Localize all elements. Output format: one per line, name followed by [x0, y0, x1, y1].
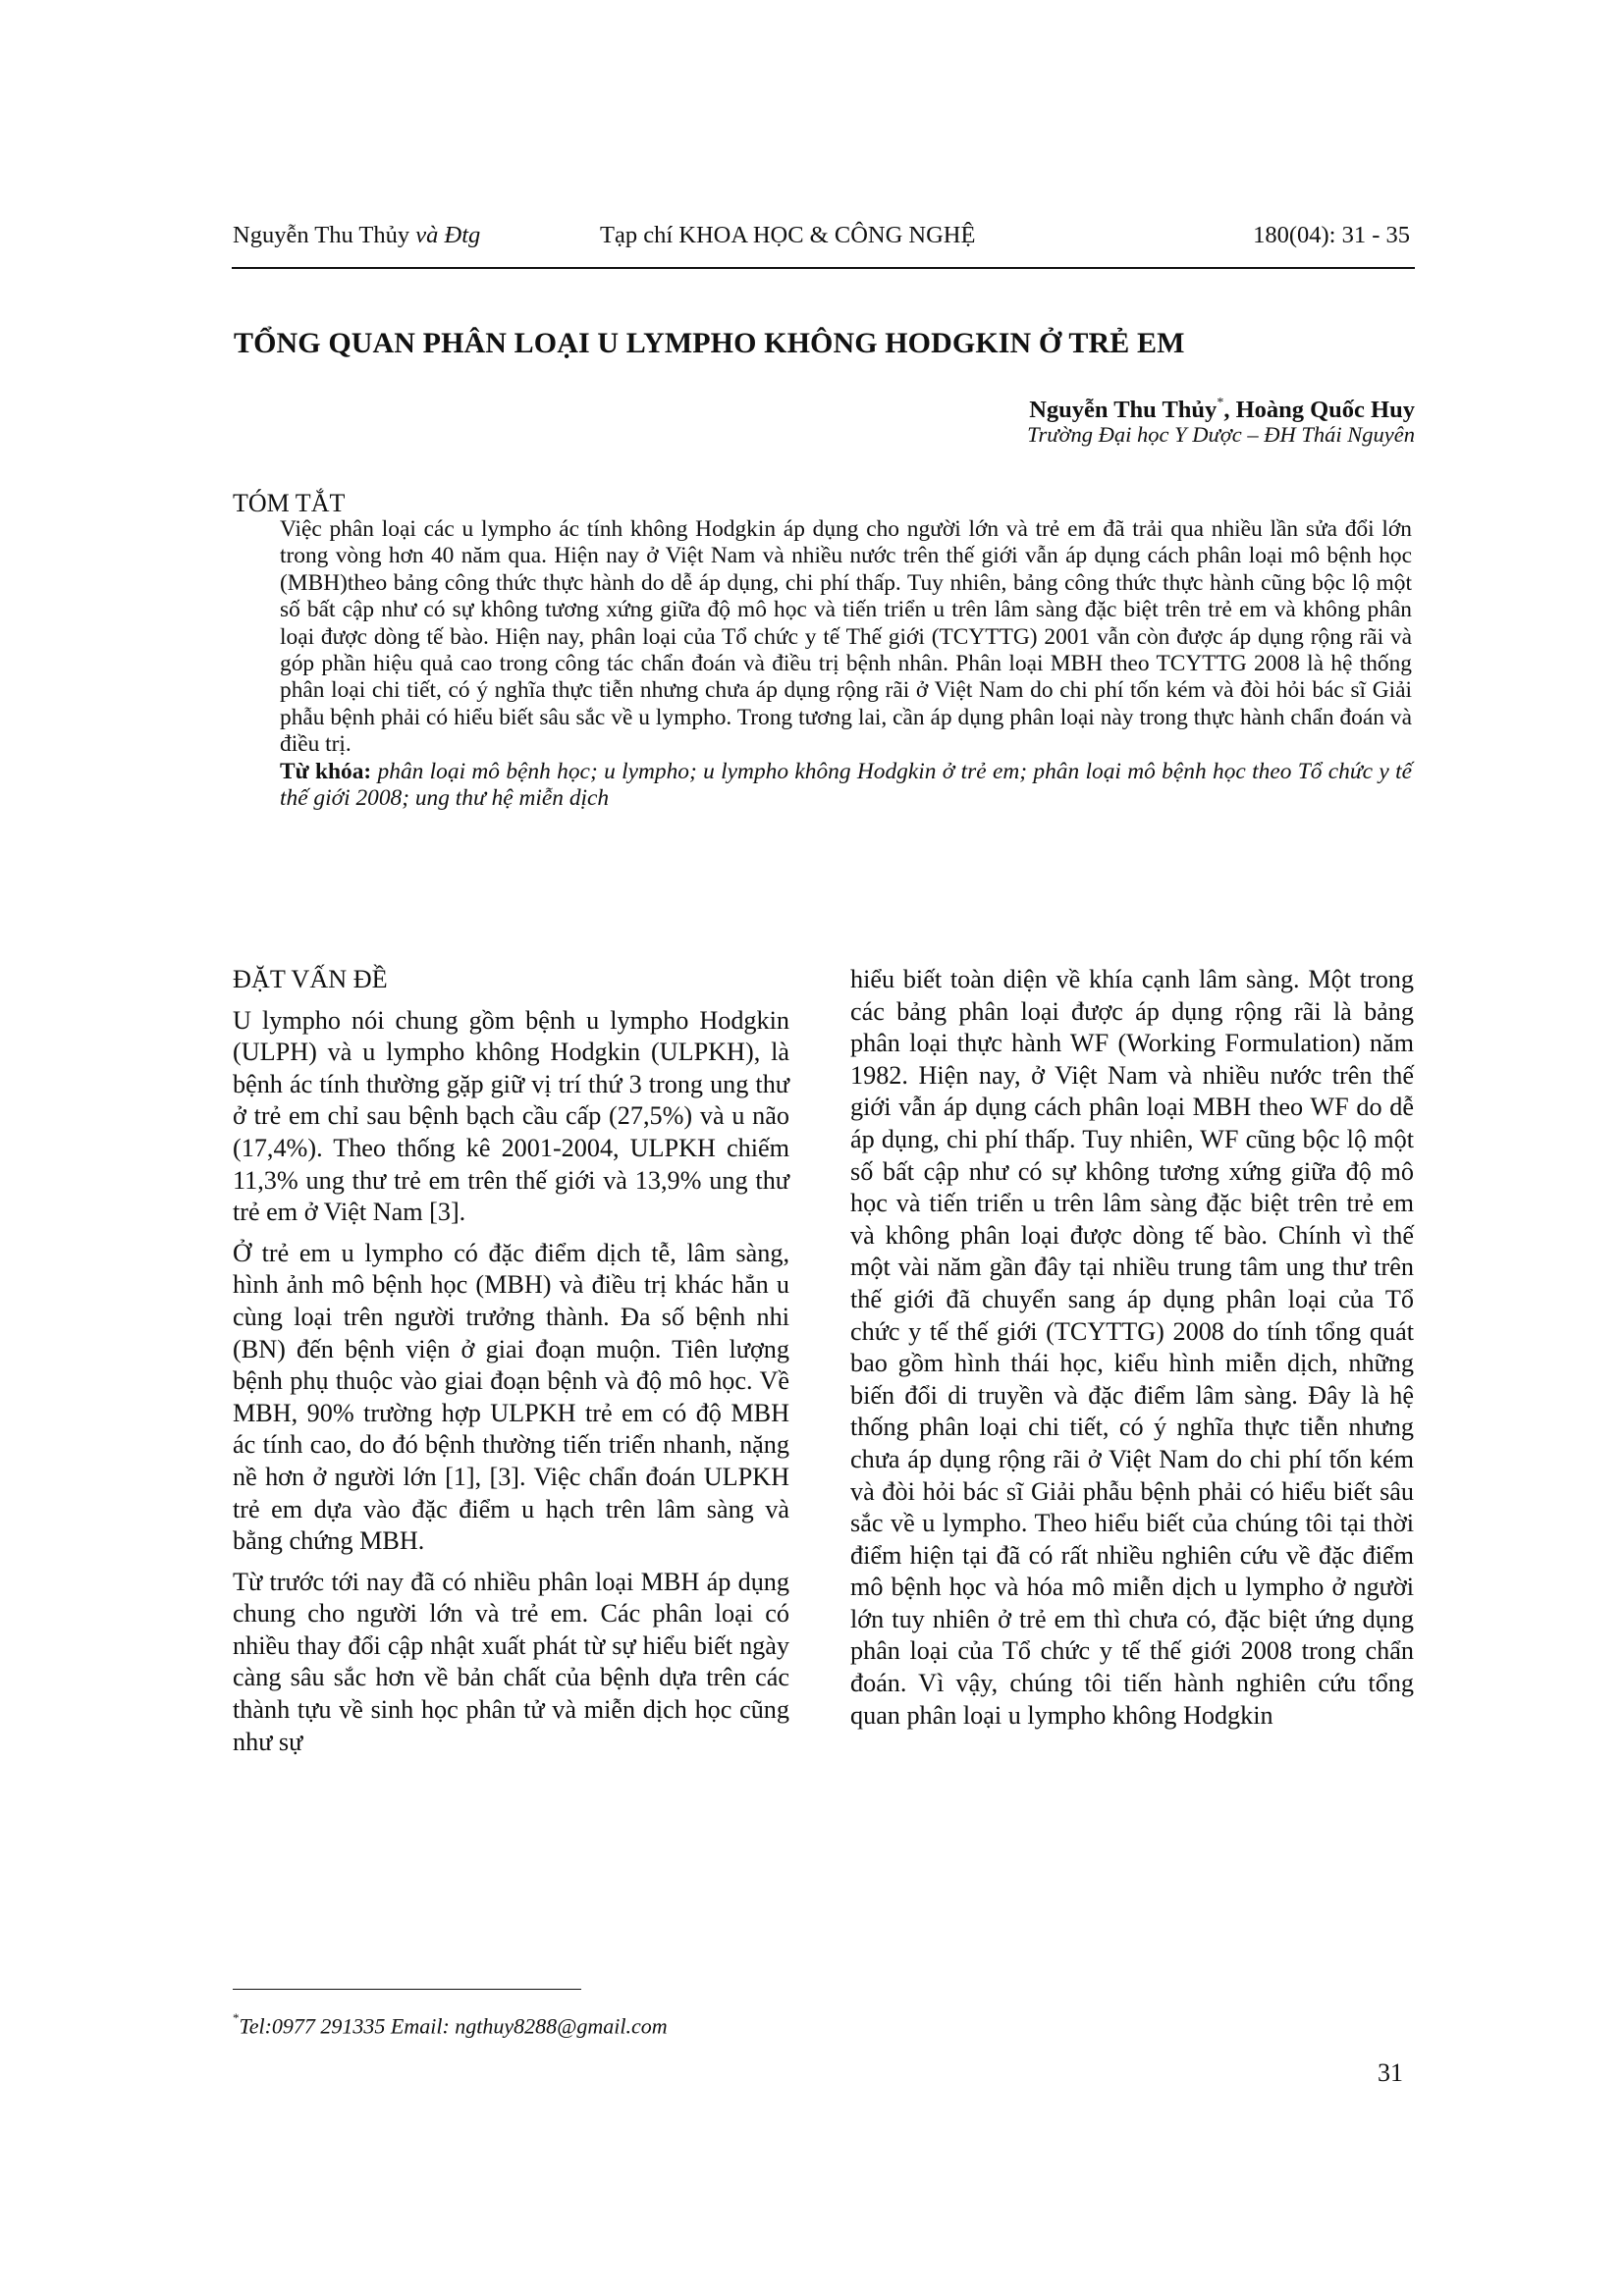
body-paragraph: Từ trước tới nay đã có nhiều phân loại M…	[233, 1567, 789, 1759]
keywords-text: phân loại mô bệnh học; u lympho; u lymph…	[280, 759, 1412, 811]
author-affiliation: Trường Đại học Y Dược – ĐH Thái Nguyên	[1027, 420, 1415, 450]
running-header: Nguyễn Thu Thủy và Đtg Tạp chí KHOA HỌC …	[233, 218, 1414, 253]
footnote: *Tel:0977 291335 Email: ngthuy8288@gmail…	[233, 2006, 668, 2041]
keywords-label: Từ khóa:	[280, 759, 371, 784]
footnote-divider	[233, 1989, 581, 1990]
section-heading: ĐẶT VẤN ĐỀ	[233, 964, 789, 996]
corresponding-author-mark: *	[1217, 396, 1223, 410]
header-journal: Tạp chí KHOA HỌC & CÔNG NGHỆ	[600, 218, 975, 253]
footnote-mark: *	[233, 2010, 240, 2025]
body-column-right: hiểu biết toàn diện về khía cạnh lâm sàn…	[850, 964, 1414, 1740]
page-number: 31	[1378, 2056, 1403, 2090]
abstract-body: Việc phân loại các u lympho ác tính khôn…	[280, 516, 1412, 812]
header-divider	[232, 267, 1415, 269]
paper-title: TỔNG QUAN PHÂN LOẠI U LYMPHO KHÔNG HODGK…	[234, 324, 1422, 363]
header-et-al: và Đtg	[415, 222, 480, 248]
body-column-left: ĐẶT VẤN ĐỀ U lympho nói chung gồm bệnh u…	[233, 964, 789, 1767]
body-paragraph: Ở trẻ em u lympho có đặc điểm dịch tễ, l…	[233, 1238, 789, 1558]
header-authors: Nguyễn Thu Thủy và Đtg	[233, 218, 480, 253]
abstract-heading: TÓM TẮT	[233, 487, 345, 520]
abstract-text: Việc phân loại các u lympho ác tính khôn…	[280, 516, 1412, 759]
body-paragraph: hiểu biết toàn diện về khía cạnh lâm sàn…	[850, 964, 1414, 1732]
header-volume-pages: 180(04): 31 - 35	[1253, 218, 1410, 253]
header-author-name: Nguyễn Thu Thủy	[233, 222, 409, 248]
keywords: Từ khóa: phân loại mô bệnh học; u lympho…	[280, 759, 1412, 813]
footnote-contact: Tel:0977 291335 Email: ngthuy8288@gmail.…	[240, 2013, 668, 2038]
body-paragraph: U lympho nói chung gồm bệnh u lympho Hod…	[233, 1005, 789, 1229]
